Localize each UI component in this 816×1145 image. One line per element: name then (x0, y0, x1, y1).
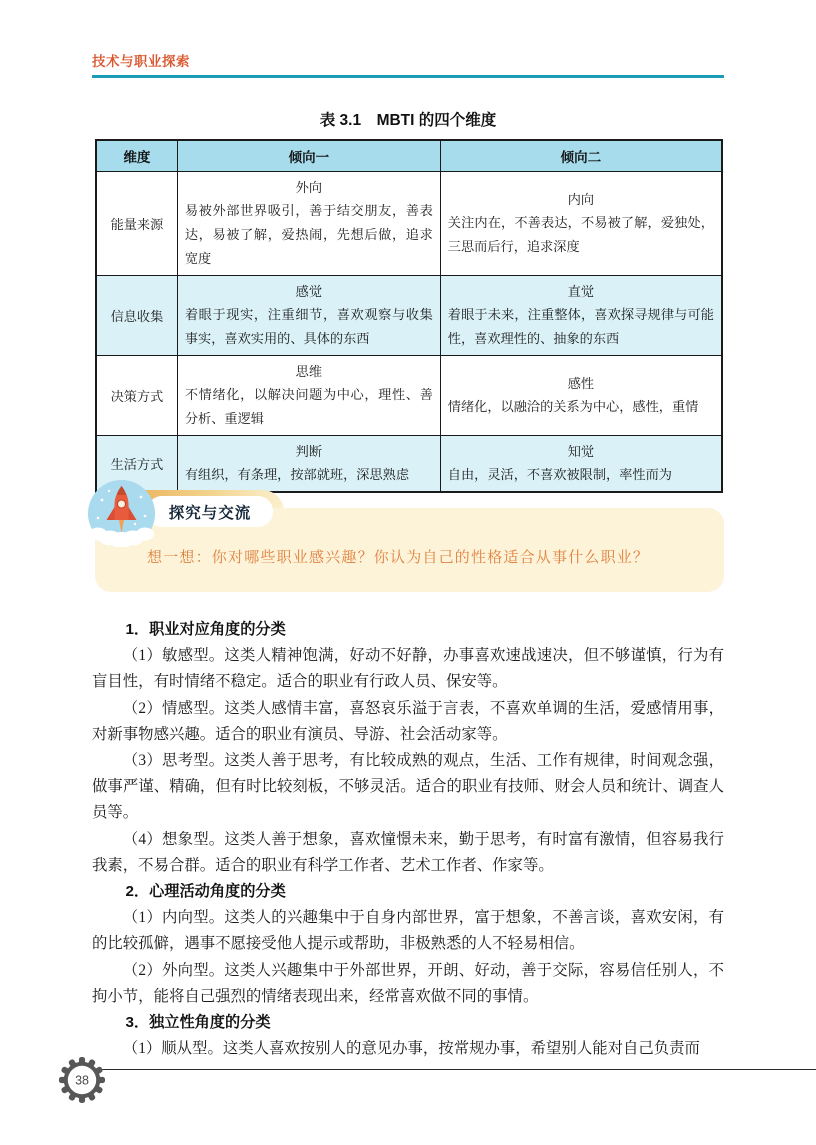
tendency-desc: 着眼于未来，注重整体，喜欢探寻规律与可能性，喜欢理性的、抽象的东西 (448, 303, 714, 351)
paragraph: （2）外向型。这类人兴趣集中于外部世界，开朗、好动，善于交际，容易信任别人，不拘… (92, 958, 724, 1010)
rocket-icon (88, 480, 155, 547)
col-header-dimension: 维度 (96, 140, 177, 171)
tendency-title: 思维 (185, 360, 433, 383)
callout-question-text: 想一想：你对哪些职业感兴趣？你认为自己的性格适合从事什么职业？ (147, 546, 708, 567)
section-heading: 1．职业对应角度的分类 (92, 617, 724, 643)
dimension-cell: 能量来源 (96, 171, 177, 275)
col-header-tendency-2: 倾向二 (440, 140, 722, 171)
tendency-cell: 外向 易被外部世界吸引，善于结交朋友，善表达，易被了解，爱热闹，先想后做，追求宽… (177, 171, 440, 275)
gear-icon: 38 (58, 1056, 106, 1104)
tendency-title: 内向 (448, 188, 714, 211)
tendency-title: 感觉 (185, 280, 433, 303)
body-text: 1．职业对应角度的分类 （1）敏感型。这类人精神饱满，好动不好静，办事喜欢速战速… (92, 617, 724, 1062)
paragraph: （4）想象型。这类人善于想象，喜欢憧憬未来，勤于思考，有时富有激情，但容易我行我… (92, 827, 724, 879)
tendency-cell: 内向 关注内在，不善表达，不易被了解，爱独处，三思而后行，追求深度 (440, 171, 722, 275)
tendency-cell: 直觉 着眼于未来，注重整体，喜欢探寻规律与可能性，喜欢理性的、抽象的东西 (440, 275, 722, 355)
callout-label: 探究与交流 (147, 496, 273, 527)
tendency-desc: 情绪化，以融洽的关系为中心，感性，重情 (448, 395, 714, 419)
paragraph: （1）敏感型。这类人精神饱满，好动不好静，办事喜欢速战速决，但不够谨慎，行为有盲… (92, 643, 724, 695)
dimension-cell: 决策方式 (96, 355, 177, 435)
col-header-tendency-1: 倾向一 (177, 140, 440, 171)
page-number: 38 (75, 1073, 89, 1087)
explore-exchange-callout: 探究与交流 想一想：你对哪些职业感兴趣？你认为自己的性格适合从事什么职业？ (92, 480, 724, 592)
table-header-row: 维度 倾向一 倾向二 (96, 140, 722, 171)
tendency-desc: 关注内在，不善表达，不易被了解，爱独处，三思而后行，追求深度 (448, 211, 714, 259)
tendency-desc: 不情绪化，以解决问题为中心，理性、善分析、重逻辑 (185, 383, 433, 431)
section-heading: 2．心理活动角度的分类 (92, 879, 724, 905)
table-row: 决策方式 思维 不情绪化，以解决问题为中心，理性、善分析、重逻辑 感性 情绪化，… (96, 355, 722, 435)
section-heading: 3．独立性角度的分类 (92, 1010, 724, 1036)
chapter-title: 技术与职业探索 (92, 50, 724, 70)
mbti-dimensions-table: 维度 倾向一 倾向二 能量来源 外向 易被外部世界吸引，善于结交朋友，善表达，易… (95, 139, 723, 493)
paragraph: （1）顺从型。这类人喜欢按别人的意见办事，按常规办事，希望别人能对自己负责而 (92, 1036, 724, 1062)
tendency-title: 外向 (185, 176, 433, 199)
dimension-cell: 信息收集 (96, 275, 177, 355)
tendency-title: 判断 (185, 440, 433, 463)
tendency-title: 感性 (448, 372, 714, 395)
tendency-desc: 着眼于现实，注重细节，喜欢观察与收集事实，喜欢实用的、具体的东西 (185, 303, 433, 351)
tendency-desc: 易被外部世界吸引，善于结交朋友，善表达，易被了解，爱热闹，先想后做，追求宽度 (185, 199, 433, 271)
paragraph: （2）情感型。这类人感情丰富，喜怒哀乐溢于言表，不喜欢单调的生活，爱感情用事，对… (92, 696, 724, 748)
tendency-cell: 感觉 着眼于现实，注重细节，喜欢观察与收集事实，喜欢实用的、具体的东西 (177, 275, 440, 355)
tendency-cell: 感性 情绪化，以融洽的关系为中心，感性，重情 (440, 355, 722, 435)
tendency-title: 直觉 (448, 280, 714, 303)
running-head: 技术与职业探索 (92, 50, 724, 78)
paragraph: （1）内向型。这类人的兴趣集中于自身内部世界，富于想象，不善言谈，喜欢安闲，有的… (92, 905, 724, 957)
tendency-cell: 思维 不情绪化，以解决问题为中心，理性、善分析、重逻辑 (177, 355, 440, 435)
header-divider (92, 75, 724, 78)
textbook-page: { "page": { "header_title": "技术与职业探索", "… (0, 0, 816, 1145)
footer-rule (99, 1069, 816, 1070)
table-row: 信息收集 感觉 着眼于现实，注重细节，喜欢观察与收集事实，喜欢实用的、具体的东西… (96, 275, 722, 355)
table-caption: 表 3.1 MBTI 的四个维度 (92, 108, 724, 130)
paragraph: （3）思考型。这类人善于思考，有比较成熟的观点，生活、工作有规律，时间观念强，做… (92, 748, 724, 827)
table-row: 能量来源 外向 易被外部世界吸引，善于结交朋友，善表达，易被了解，爱热闹，先想后… (96, 171, 722, 275)
tendency-title: 知觉 (448, 440, 714, 463)
